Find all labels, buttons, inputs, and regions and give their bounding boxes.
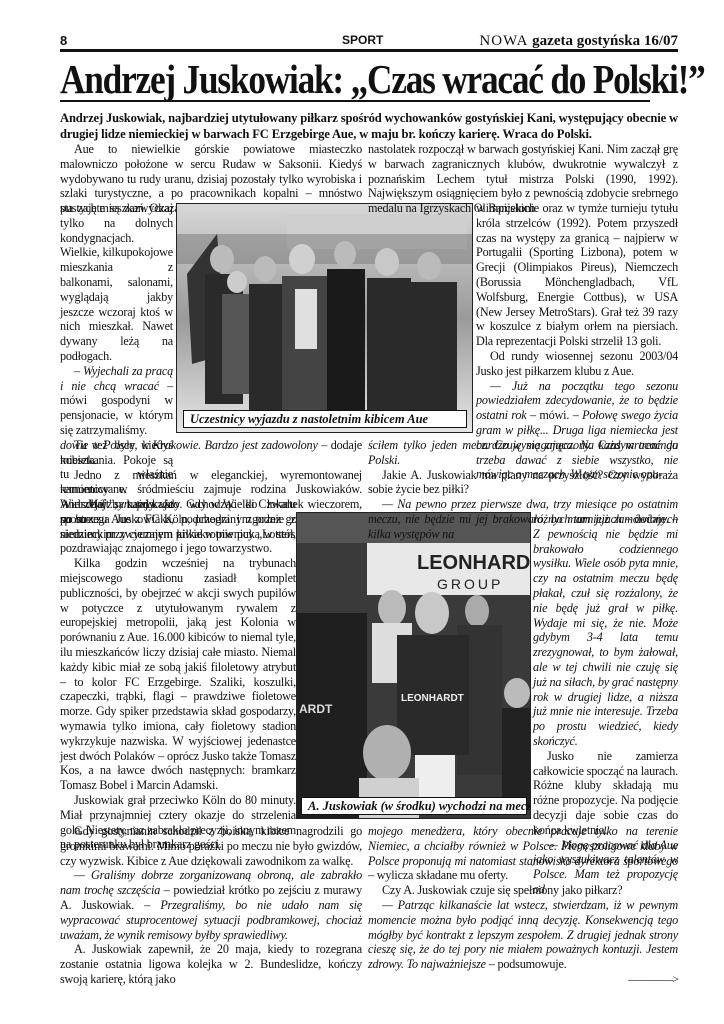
quote: – Wyjechali za pracą i nie chcą wracać	[60, 364, 173, 393]
title-underline	[60, 100, 650, 102]
left-column-bottom: Gdy gostynianin schodził z boiska, kibic…	[60, 824, 362, 987]
paragraph: — Graliśmy dobrze zorganizowaną obroną, …	[60, 868, 362, 942]
photo-caption: Uczestnicy wyjazdu z nastoletnim kibicem…	[183, 410, 467, 428]
paragraph: dowie w Polsce, w Krakowie. Bardzo jest …	[60, 438, 362, 468]
paragraph: Od rundy wiosennej sezonu 2003/04 Jusko …	[476, 349, 678, 379]
left-column-lower: Wirtschaft”, każdy kto wchodząc do lokal…	[60, 497, 296, 852]
players-photo-image: LEONHARD GROUP LEONHARDT ARDT	[297, 513, 530, 818]
header-rule	[60, 49, 678, 52]
paragraph: różnych turniejach – dodaje. – Z pewnośc…	[533, 512, 678, 749]
paragraph: w Barcelonie oraz w tymże turnieju tytuł…	[476, 201, 678, 349]
paragraph: Wirtschaft”, każdy kto wchodząc do lokal…	[60, 497, 296, 556]
svg-text:LEONHARD: LEONHARD	[417, 552, 530, 574]
newspaper-issue: gazeta gostyńska 16/07	[532, 33, 678, 49]
right-column-bottom: mojego menedżera, który obecnie pracuje …	[368, 824, 678, 987]
newspaper-name: NOWA gazeta gostyńska 16/07	[479, 33, 678, 50]
page-number: 8	[60, 33, 67, 48]
photo-fans-group: Uczestnicy wyjazdu z nastoletnim kibicem…	[176, 203, 473, 433]
photo-caption: A. Juskowiak (w środku) wychodzi na mecz	[301, 797, 527, 815]
article-lead: Andrzej Juskowiak, najbardziej utytułowa…	[60, 110, 678, 142]
section-label: SPORT	[342, 33, 383, 47]
paragraph: Kilka godzin wcześniej na trybunach miej…	[60, 556, 296, 793]
group-photo-image	[177, 204, 472, 432]
paragraph: — Patrząc kilkanaście lat wstecz, stwier…	[368, 898, 678, 972]
paragraph: A. Juskowiak zapewnił, że 20 maja, kiedy…	[60, 942, 362, 986]
paragraph: – Wyjechali za pracą i nie chcą wracać –…	[60, 364, 173, 438]
continue-arrow: ————>	[368, 972, 678, 987]
svg-text:ARDT: ARDT	[299, 702, 333, 716]
paragraph: mojego menedżera, który obecnie pracuje …	[368, 824, 678, 883]
paragraph: Czy A. Juskowiak czuje się spełniony jak…	[368, 883, 678, 898]
svg-text:GROUP: GROUP	[437, 576, 503, 592]
paragraph: sta zajęte są zazwyczaj tylko na dolnych…	[60, 201, 173, 364]
svg-text:LEONHARDT: LEONHARDT	[401, 693, 464, 704]
paragraph: Gdy gostynianin schodził z boiska, kibic…	[60, 824, 362, 868]
photo-players-walkout: LEONHARD GROUP LEONHARDT ARDT A. Juskowi…	[296, 512, 531, 819]
arrow-right-icon: ————>	[628, 972, 678, 986]
paragraph: Jakie A. Juskowiak ma plany na przyszłoś…	[368, 468, 678, 498]
article-title: Andrzej Juskowiak: „Czas wracać do Polsk…	[60, 56, 593, 102]
newspaper-logo: NOWA	[479, 33, 528, 49]
paragraph: ściłem tylko jeden mecz. Czuję się zmęcz…	[368, 438, 678, 468]
